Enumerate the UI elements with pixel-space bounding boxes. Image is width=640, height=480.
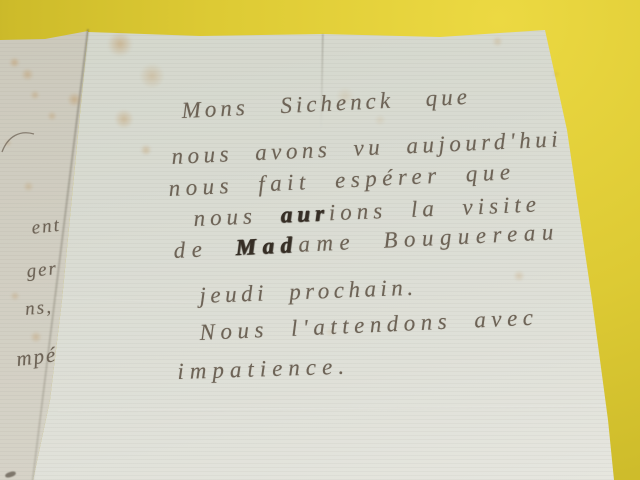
- foxing-stain: [30, 331, 42, 343]
- foxing-stain: [107, 31, 133, 57]
- foxing-stain: [140, 144, 152, 156]
- foxing-stain: [374, 114, 386, 126]
- handwriting-line-8: impatience.: [177, 354, 350, 385]
- foxing-stain: [9, 57, 20, 68]
- handwriting-segment: de: [173, 235, 236, 263]
- left-page-fragment: ns,: [0, 296, 54, 322]
- foxing-stain: [492, 36, 503, 47]
- handwriting-overwrite: aur: [280, 200, 329, 227]
- foxing-stain: [21, 68, 34, 81]
- handwriting-stroke-fragment: [0, 126, 36, 160]
- foxing-stain: [139, 63, 165, 89]
- foxing-stain: [23, 181, 34, 192]
- foxing-stain: [552, 70, 560, 78]
- photo-of-handwritten-letter: ent ger ns, mpé Mons Sichenck que nous a…: [0, 0, 640, 480]
- foxing-stain: [30, 90, 40, 100]
- handwriting-overwrite: Mad: [235, 232, 299, 260]
- foxing-stain: [114, 109, 134, 129]
- foxing-stain: [513, 270, 525, 282]
- foxing-stain: [47, 111, 57, 121]
- foxing-stain: [67, 92, 82, 107]
- handwriting-segment: nous: [193, 202, 281, 231]
